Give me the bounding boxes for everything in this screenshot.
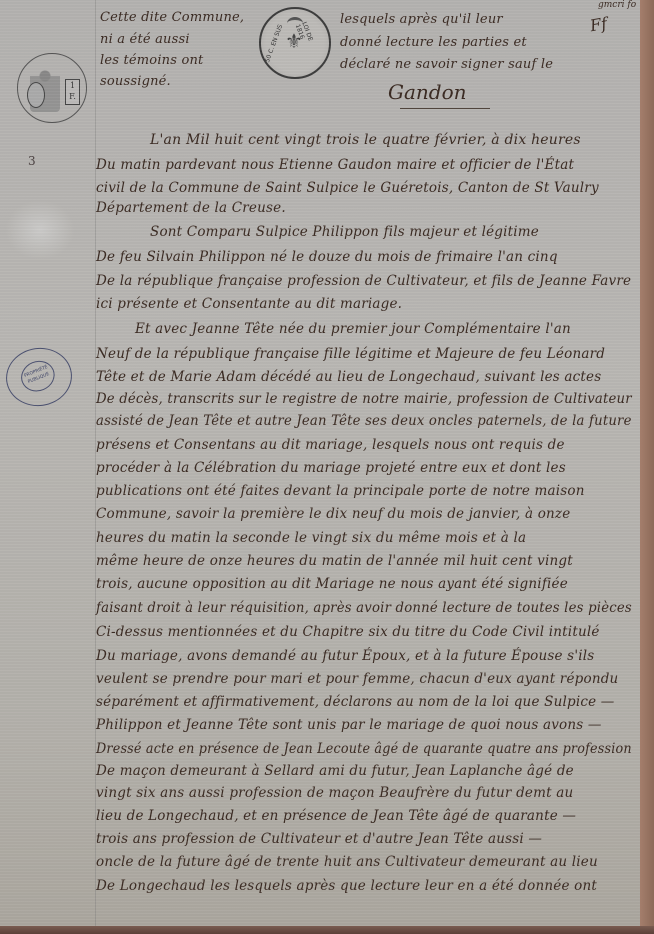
- act-line: Neuf de la république française fille lé…: [96, 346, 605, 362]
- register-page: gmcri fo Ff 1 F. ⚜ 50 C. EN SUS LOI DE 1…: [0, 0, 640, 926]
- act-line: assisté de Jean Tête et autre Jean Tête …: [96, 413, 632, 429]
- closing-left-line: Cette dite Commune,: [100, 10, 244, 25]
- mayor-signature: Gandon: [388, 80, 467, 104]
- act-line: L'an Mil huit cent vingt trois le quatre…: [150, 132, 581, 148]
- page-number: 3: [28, 154, 36, 168]
- act-line: oncle de la future âgé de trente huit an…: [96, 854, 598, 870]
- binding-edge-right: [640, 0, 654, 934]
- act-line: Département de la Creuse.: [96, 200, 286, 216]
- closing-right-line: lesquels après qu'il leur: [340, 12, 503, 27]
- act-line: De Longechaud les lesquels après que lec…: [96, 878, 597, 894]
- act-line: même heure de onze heures du matin de l'…: [96, 553, 573, 569]
- act-line: Sont Comparu Sulpice Philippon fils maje…: [150, 224, 539, 240]
- top-corner-note: gmcri fo: [598, 0, 636, 10]
- act-line: Philippon et Jeanne Tête sont unis par l…: [96, 717, 602, 733]
- act-line: Ci-dessus mentionnées et du Chapitre six…: [96, 624, 600, 640]
- act-line: Du matin pardevant nous Etienne Gaudon m…: [96, 157, 574, 173]
- signature-underline: [400, 108, 490, 109]
- closing-left-line: les témoins ont: [100, 53, 203, 68]
- act-line: De la république française profession de…: [96, 273, 631, 289]
- act-line: vingt six ans aussi profession de maçon …: [96, 785, 573, 801]
- closing-right-line: déclaré ne savoir signer sauf le: [340, 57, 553, 72]
- archive-stamp-center: PROPRIÉTÉ PUBLIQUE: [16, 356, 59, 397]
- closing-left-line: soussigné.: [100, 74, 171, 89]
- act-line: heures du matin la seconde le vingt six …: [96, 530, 526, 546]
- act-line: Tête et de Marie Adam décédé au lieu de …: [96, 369, 601, 385]
- act-line: ici présente et Consentante au dit maria…: [96, 296, 402, 312]
- act-line: veulent se prendre pour mari et pour fem…: [96, 671, 618, 687]
- act-line: séparément et affirmativement, déclarons…: [96, 694, 615, 710]
- act-line: trois ans profession de Cultivateur et d…: [96, 831, 542, 847]
- act-line: De décès, transcrits sur le registre de …: [96, 391, 632, 407]
- closing-left-line: ni a été aussi: [100, 32, 190, 47]
- royal-stamp-left-text: 50 C. EN SUS: [264, 24, 284, 64]
- act-line: faisant droit à leur réquisition, après …: [96, 600, 632, 616]
- act-line: publications ont été faites devant la pr…: [96, 483, 585, 499]
- act-line: Commune, savoir la première le dix neuf …: [96, 506, 570, 522]
- act-line: Dressé acte en présence de Jean Lecoute …: [96, 741, 632, 757]
- act-line: procéder à la Célébration du mariage pro…: [96, 460, 566, 476]
- act-line: civil de la Commune de Saint Sulpice le …: [96, 180, 599, 196]
- tax-stamp-value: 1 F.: [65, 79, 80, 105]
- act-line: De feu Silvain Philippon né le douze du …: [96, 249, 558, 265]
- act-line: lieu de Longechaud, et en présence de Je…: [96, 808, 576, 824]
- act-line: présens et Consentans au dit mariage, le…: [96, 437, 565, 453]
- archive-stamp-icon: PROPRIÉTÉ PUBLIQUE: [2, 344, 75, 411]
- act-line: trois, aucune opposition au dit Mariage …: [96, 576, 568, 592]
- act-line: Et avec Jeanne Tête née du premier jour …: [135, 321, 571, 337]
- tax-stamp-icon: 1 F.: [17, 53, 87, 123]
- act-line: De maçon demeurant à Sellard ami du futu…: [96, 763, 574, 779]
- closing-right-line: donné lecture les parties et: [340, 35, 527, 50]
- paraph-mark: Ff: [588, 14, 608, 36]
- binding-edge-bottom: [0, 926, 654, 934]
- act-line: Du mariage, avons demandé au futur Époux…: [96, 648, 594, 664]
- embossed-stamp-icon: [5, 200, 75, 260]
- royal-fleur-de-lis-stamp-icon: ⚜ 50 C. EN SUS LOI DE 1816: [259, 7, 331, 79]
- fleur-de-lis-shield-icon: [27, 82, 45, 108]
